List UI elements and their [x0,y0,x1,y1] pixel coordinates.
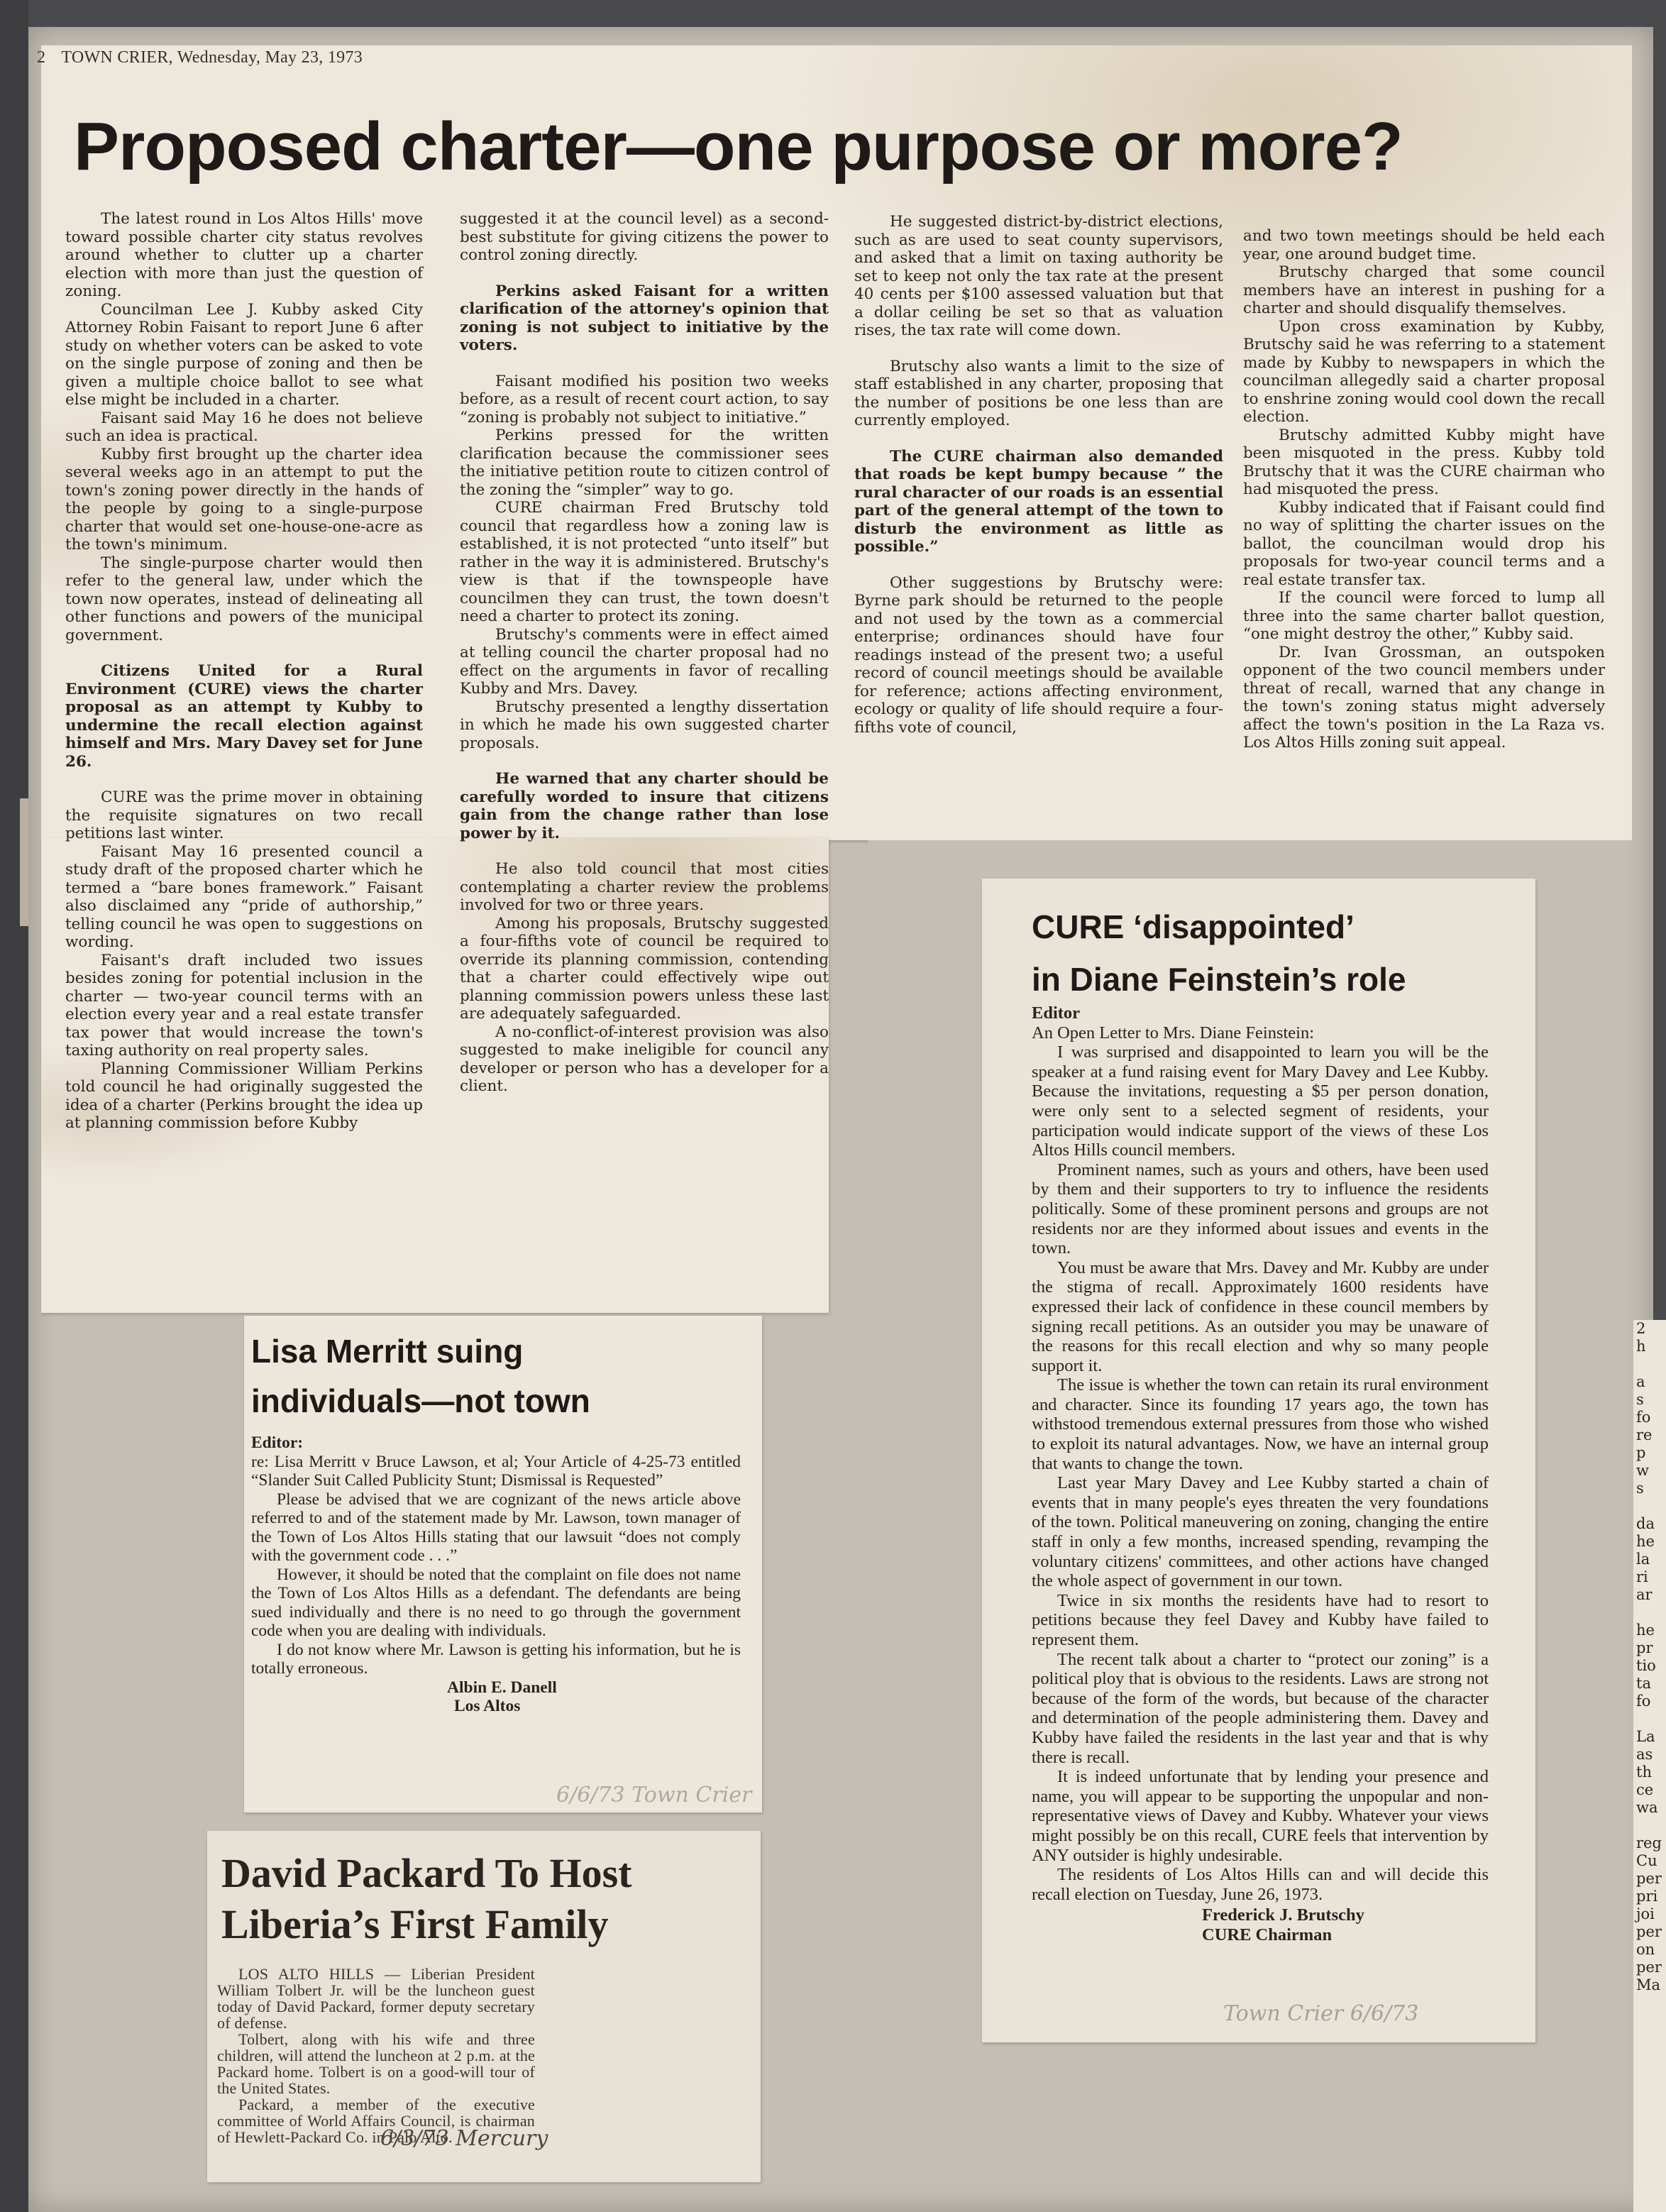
article-paragraph: Faisant modified his position two weeks … [460,373,829,427]
article-paragraph: He warned that any charter should be car… [460,770,829,842]
letter-paragraph: It is indeed unfortunate that by lending… [1032,1767,1489,1865]
article-paragraph: Councilman Lee J. Kubby asked City Attor… [65,301,423,409]
signature-name: Albin E. Danell [447,1678,741,1697]
merritt-letter-headline: Lisa Merritt suing individuals—not town [251,1331,590,1421]
merritt-letter-body: Editor: re: Lisa Merritt v Bruce Lawson,… [251,1434,741,1716]
clipped-text-fragment: ce [1633,1781,1666,1799]
letter-paragraph: I was surprised and disappointed to lear… [1032,1042,1489,1160]
merritt-letter-clipping: Lisa Merritt suing individuals—not town … [244,1316,762,1812]
clipped-text-fragment: he [1633,1533,1666,1551]
article-paragraph: The latest round in Los Altos Hills' mov… [65,210,423,301]
clipped-text-fragment [1633,1817,1666,1834]
article-paragraph: If the council were forced to lump all t… [1243,589,1605,644]
clipped-text-fragment: th [1633,1763,1666,1781]
clipped-text-fragment: pr [1633,1639,1666,1657]
adjacent-page-clipping: 2h asforepws dahelariar heprtiotafo Laas… [1633,1320,1666,2212]
clipped-text-fragment [1633,1497,1666,1515]
article-paragraph: Citizens United for a Rural Environment … [65,662,423,771]
letter-salutation: Editor [1032,1003,1489,1023]
headline-line-2: in Diane Feinstein’s role [1032,959,1406,1001]
clipped-text-fragment: da [1633,1515,1666,1533]
article-paragraph: Upon cross examination by Kubby, Brutsch… [1243,318,1605,427]
publication-dateline: 2TOWN CRIER, Wednesday, May 23, 1973 [37,48,363,67]
clipped-text-fragment: per [1633,1870,1666,1888]
article-paragraph: Faisant May 16 presented council a study… [65,843,423,952]
packard-article-clipping: David Packard To Host Liberia’s First Fa… [207,1831,761,2182]
clipped-text-fragment: p [1633,1444,1666,1462]
clipped-text-fragment: Cu [1633,1852,1666,1870]
signature-place: Los Altos [447,1697,741,1716]
cure-letter-clipping: CURE ‘disappointed’ in Diane Feinstein’s… [982,879,1535,2042]
letter-paragraph: The residents of Los Altos Hills can and… [1032,1865,1489,1904]
article-paragraph: and two town meetings should be held eac… [1243,227,1605,263]
headline-line-1: CURE ‘disappointed’ [1032,907,1406,948]
article-paragraph: A no-conflict-of-interest provision was … [460,1023,829,1096]
article-paragraph: Planning Commissioner William Perkins to… [65,1060,423,1133]
clipped-text-fragment: per [1633,1923,1666,1941]
letter-paragraph: You must be aware that Mrs. Davey and Mr… [1032,1258,1489,1376]
packard-article-body: LOS ALTO HILLS — Liberian President Will… [217,1966,535,2145]
clipped-text-fragment: pri [1633,1888,1666,1905]
clipped-text-fragment: reg [1633,1834,1666,1852]
handwritten-date-note: Town Crier 6/6/73 [1223,2001,1418,2026]
letter-paragraph: The recent talk about a charter to “prot… [1032,1650,1489,1768]
article-paragraph: Among his proposals, Brutschy suggested … [460,915,829,1023]
headline-line-1: Lisa Merritt suing [251,1331,590,1372]
article-paragraph: The CURE chairman also demanded that roa… [854,448,1223,556]
article-paragraph: He suggested district-by-district electi… [854,213,1223,340]
clipped-text-fragment: per [1633,1959,1666,1976]
headline-line-2: individuals—not town [251,1381,590,1422]
letter-paragraph: However, it should be noted that the com… [251,1566,741,1641]
clipped-text-fragment: la [1633,1551,1666,1568]
article-paragraph: Perkins pressed for the written clarific… [460,427,829,499]
publication-line: TOWN CRIER, Wednesday, May 23, 1973 [61,48,363,67]
clipped-text-fragment: ar [1633,1586,1666,1604]
clipped-text-fragment: tio [1633,1657,1666,1675]
article-paragraph: Brutschy charged that some council membe… [1243,263,1605,318]
clipped-text-fragment: joi [1633,1905,1666,1923]
signature-name: Frederick J. Brutschy [1202,1905,1489,1925]
letter-reference: re: Lisa Merritt v Bruce Lawson, et al; … [251,1453,741,1490]
clipped-text-fragment: s [1633,1480,1666,1497]
handwritten-date-note: 6/6/73 Town Crier [556,1783,751,1807]
letter-paragraph: Last year Mary Davey and Lee Kubby start… [1032,1473,1489,1591]
clipped-text-fragment: ta [1633,1675,1666,1693]
signature-title: CURE Chairman [1202,1925,1489,1945]
article-column-4: and two town meetings should be held eac… [1243,227,1605,752]
letter-salutation: Editor: [251,1434,741,1453]
clipped-text-fragment: fo [1633,1409,1666,1426]
article-paragraph: Brutschy admitted Kubby might have been … [1243,427,1605,499]
article-paragraph: CURE chairman Fred Brutschy told council… [460,499,829,626]
article-paragraph: Faisant said May 16 he does not believe … [65,409,423,446]
letter-paragraph: Please be advised that we are cognizant … [251,1490,741,1566]
scrapbook-spine [0,0,28,2212]
article-column-3: He suggested district-by-district electi… [854,213,1223,737]
letter-paragraph: LOS ALTO HILLS — Liberian President Will… [217,1966,535,2031]
page-number: 2 [37,48,45,67]
letter-paragraph: I do not know where Mr. Lawson is gettin… [251,1641,741,1678]
main-headline: Proposed charter—one purpose or more? [74,108,1403,186]
letter-paragraph: Prominent names, such as yours and other… [1032,1160,1489,1258]
clipped-text-fragment: s [1633,1391,1666,1409]
clipped-text-fragment: Ma [1633,1976,1666,1994]
clipped-text-fragment: 2 [1633,1320,1666,1338]
headline-line-1: David Packard To Host [221,1848,632,1899]
letter-signature: Albin E. Danell Los Altos [251,1678,741,1716]
clipped-text-fragment: h [1633,1338,1666,1355]
clipped-text-fragment: on [1633,1941,1666,1959]
article-paragraph: Faisant's draft included two issues besi… [65,952,423,1060]
article-paragraph: Brutschy also wants a limit to the size … [854,358,1223,430]
cure-letter-body: Editor An Open Letter to Mrs. Diane Fein… [1032,1003,1489,1945]
clipped-text-fragment: he [1633,1622,1666,1639]
clipped-text-fragment: as [1633,1746,1666,1763]
article-paragraph: Brutschy's comments were in effect aimed… [460,626,829,698]
article-paragraph: Kubby indicated that if Faisant could fi… [1243,499,1605,590]
clipped-text-fragment: ri [1633,1568,1666,1586]
letter-greeting: An Open Letter to Mrs. Diane Feinstein: [1032,1023,1489,1043]
clipped-text-fragment [1633,1355,1666,1373]
clipped-text-fragment [1633,1710,1666,1728]
article-paragraph: CURE was the prime mover in obtaining th… [65,788,423,843]
letter-signature: Frederick J. Brutschy CURE Chairman [1032,1905,1489,1944]
clipped-text-fragment: re [1633,1426,1666,1444]
clipped-text-fragment: a [1633,1373,1666,1391]
packard-headline: David Packard To Host Liberia’s First Fa… [221,1848,632,1950]
letter-paragraph: The issue is whether the town can retain… [1032,1375,1489,1473]
article-column-1: The latest round in Los Altos Hills' mov… [65,210,423,1133]
article-paragraph: Brutschy presented a lengthy dissertatio… [460,698,829,753]
article-paragraph: The single-purpose charter would then re… [65,554,423,645]
clipped-text-fragment: wa [1633,1799,1666,1817]
cure-letter-headline: CURE ‘disappointed’ in Diane Feinstein’s… [1032,907,1406,1000]
article-paragraph: suggested it at the council level) as a … [460,210,829,265]
headline-line-2: Liberia’s First Family [221,1899,632,1950]
letter-paragraph: Twice in six months the residents have h… [1032,1591,1489,1650]
handwritten-source-note: 6/3/73 Mercury [380,2126,548,2151]
clipped-text-fragment [1633,1604,1666,1622]
letter-paragraph: Tolbert, along with his wife and three c… [217,2031,535,2096]
clipped-text-fragment: w [1633,1462,1666,1480]
clipped-text-fragment: La [1633,1728,1666,1746]
clipped-text-fragment: fo [1633,1693,1666,1710]
article-paragraph: Dr. Ivan Grossman, an outspoken opponent… [1243,644,1605,752]
article-paragraph: Other suggestions by Brutschy were: Byrn… [854,574,1223,737]
article-paragraph: Kubby first brought up the charter idea … [65,446,423,554]
article-paragraph: Perkins asked Faisant for a written clar… [460,282,829,355]
article-paragraph: He also told council that most cities co… [460,860,829,915]
article-column-2: suggested it at the council level) as a … [460,210,829,1096]
